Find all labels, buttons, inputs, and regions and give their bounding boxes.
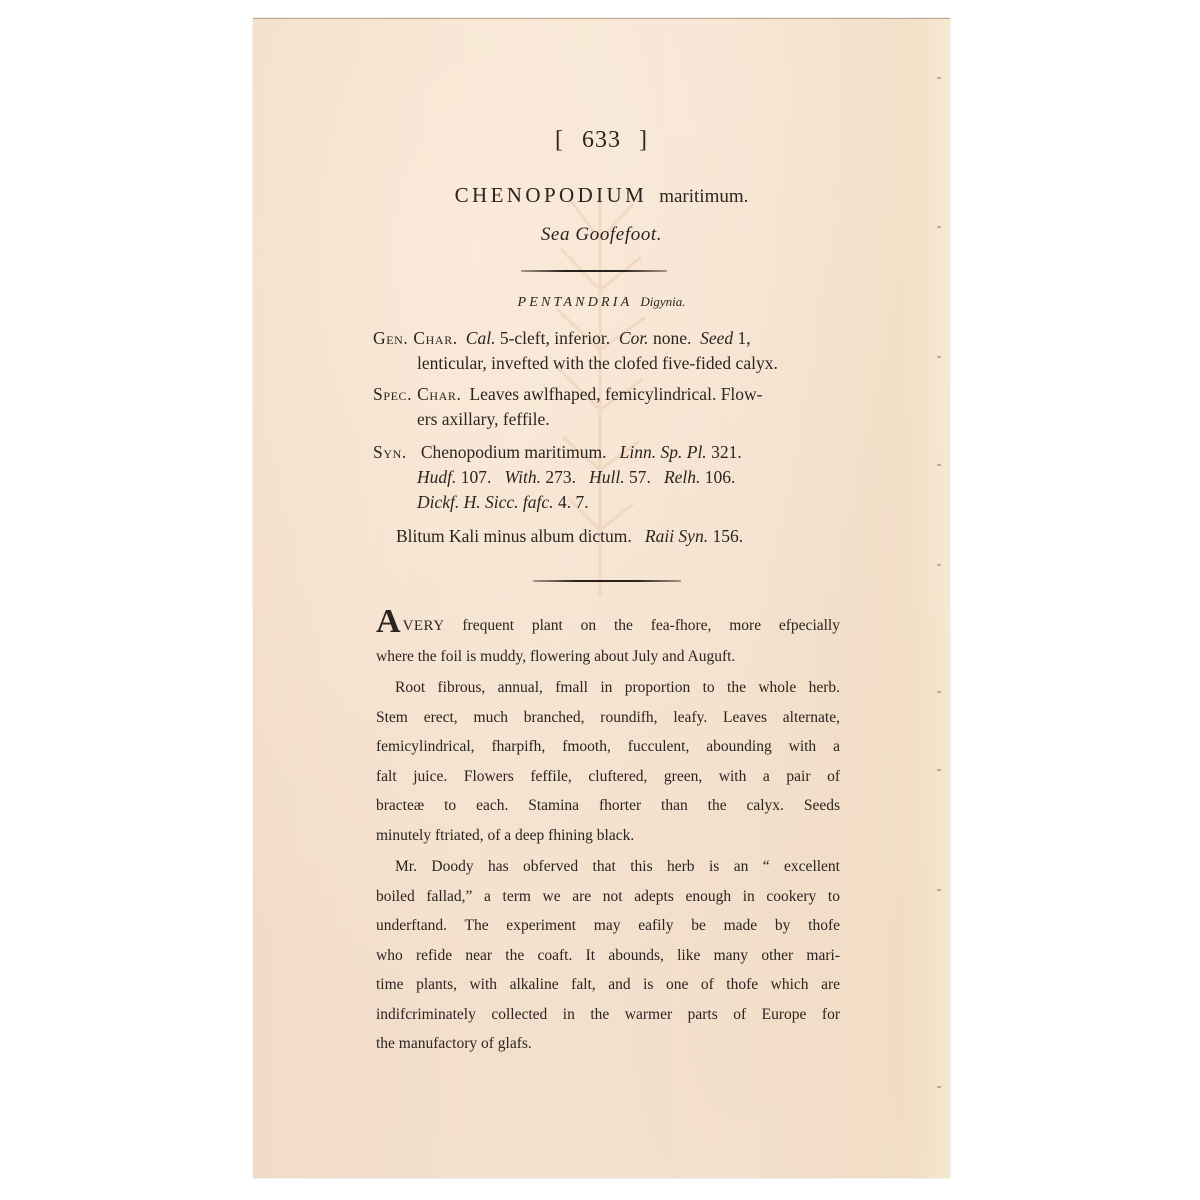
- text: 1,: [733, 328, 751, 348]
- generic-character: Gen. Char.Cal. 5-cleft, inferior. Cor. n…: [373, 326, 843, 376]
- spec-char-line2: ers axillary, feffile.: [373, 407, 843, 432]
- page-number-value: 633: [582, 127, 621, 153]
- text-italic: Hull.: [589, 467, 625, 487]
- lead-word: VERY: [403, 618, 445, 634]
- page-title: CHENOPODIUMmaritimum.: [253, 183, 950, 208]
- text-line: boiled fallad,” a term we are not adepts…: [376, 882, 840, 912]
- stitch-hole: [937, 769, 941, 771]
- text: 321.: [707, 442, 742, 462]
- text: 4. 7.: [554, 492, 589, 512]
- text-line: where the foil is muddy, flowering about…: [376, 642, 840, 672]
- divider-rule-top: [521, 270, 667, 272]
- text: 273.: [541, 467, 589, 487]
- text-line: minutely ftriated, of a deep fhining bla…: [376, 821, 840, 851]
- text-line: falt juice. Flowers feffile, cluftered, …: [376, 762, 840, 792]
- text-italic: Relh.: [664, 467, 700, 487]
- text: frequent plant on the fea-fhore, more ef…: [445, 617, 840, 634]
- paragraph-habitat: AVERY frequent plant on the fea-fhore, m…: [376, 611, 840, 671]
- text-line: Stem erect, much branched, roundifh, lea…: [376, 703, 840, 733]
- text-line: underftand. The experiment may eafily be…: [376, 911, 840, 941]
- gen-char-label: Gen. Char.: [373, 328, 458, 348]
- syn-line2: Hudf. 107. With. 273. Hull. 57. Relh. 10…: [373, 465, 843, 490]
- text: 107.: [456, 467, 504, 487]
- bracket-open: [: [555, 127, 564, 154]
- text-italic: With.: [505, 467, 541, 487]
- description-body: AVERY frequent plant on the fea-fhore, m…: [376, 611, 840, 1059]
- text: 156.: [708, 526, 743, 546]
- spec-char-label: Spec. Char.: [373, 384, 461, 404]
- species-name: maritimum.: [659, 186, 748, 207]
- stitch-hole: [937, 564, 941, 566]
- text: none.: [649, 328, 701, 348]
- text-line: the manufactory of glafs.: [376, 1029, 840, 1059]
- page-number: [633]: [253, 127, 950, 154]
- stitch-hole: [937, 691, 941, 693]
- text-line: who refide near the coaft. It abounds, l…: [376, 941, 840, 971]
- stitch-hole: [937, 77, 941, 79]
- text: 5-cleft, inferior.: [495, 328, 618, 348]
- text-line: AVERY frequent plant on the fea-fhore, m…: [376, 611, 840, 642]
- text-line: femicylindrical, fharpifh, fmooth, fuccu…: [376, 732, 840, 762]
- common-name: Sea Goofefoot.: [253, 224, 950, 246]
- class-name: PENTANDRIA: [517, 295, 632, 310]
- specific-character: Spec. Char.Leaves awlfhaped, femicylindr…: [373, 382, 843, 432]
- text-line: indifcriminately collected in the warmer…: [376, 1000, 840, 1030]
- text-italic: Hudf.: [417, 467, 456, 487]
- stitch-hole: [937, 1086, 941, 1088]
- text-italic: Dickf. H. Sicc. fafc.: [417, 492, 554, 512]
- text: 106.: [700, 467, 735, 487]
- text: 57.: [625, 467, 664, 487]
- text-italic: Raii Syn.: [645, 526, 708, 546]
- text-italic: Linn. Sp. Pl.: [620, 442, 707, 462]
- spec-char-line1: Leaves awlfhaped, femicylindrical. Flow-: [469, 384, 762, 404]
- text-line: time plants, with alkaline falt, and is …: [376, 970, 840, 1000]
- text-line: Root fibrous, annual, fmall in proportio…: [376, 673, 840, 703]
- stitch-hole: [937, 356, 941, 358]
- drop-cap: A: [376, 603, 401, 640]
- syn-line3: Dickf. H. Sicc. fafc. 4. 7.: [373, 490, 843, 515]
- pre-linnaean-synonym: Blitum Kali minus album dictum. Raii Syn…: [396, 524, 866, 549]
- bracket-close: ]: [639, 127, 648, 154]
- genus-name: CHENOPODIUM: [455, 183, 648, 207]
- text-line: bracteæ to each. Stamina fhorter than th…: [376, 791, 840, 821]
- text-italic: Seed: [700, 328, 733, 348]
- stitch-hole: [937, 889, 941, 891]
- linnaean-classification: PENTANDRIADigynia.: [253, 294, 950, 311]
- text: Chenopodium maritimum.: [421, 442, 620, 462]
- text-italic: Cal.: [466, 328, 496, 348]
- text-italic: Cor.: [619, 328, 649, 348]
- paragraph-description: Root fibrous, annual, fmall in proportio…: [376, 673, 840, 850]
- text: Blitum Kali minus album dictum.: [396, 526, 645, 546]
- gen-char-line2: lenticular, invefted with the clofed fiv…: [373, 351, 843, 376]
- text-line: Mr. Doody has obferved that this herb is…: [376, 852, 840, 882]
- paragraph-uses: Mr. Doody has obferved that this herb is…: [376, 852, 840, 1059]
- stitch-hole: [937, 464, 941, 466]
- order-name: Digynia.: [640, 294, 685, 309]
- divider-rule-bottom: [533, 580, 681, 582]
- syn-label: Syn.: [373, 442, 407, 462]
- synonymy: Syn.Chenopodium maritimum. Linn. Sp. Pl.…: [373, 440, 843, 515]
